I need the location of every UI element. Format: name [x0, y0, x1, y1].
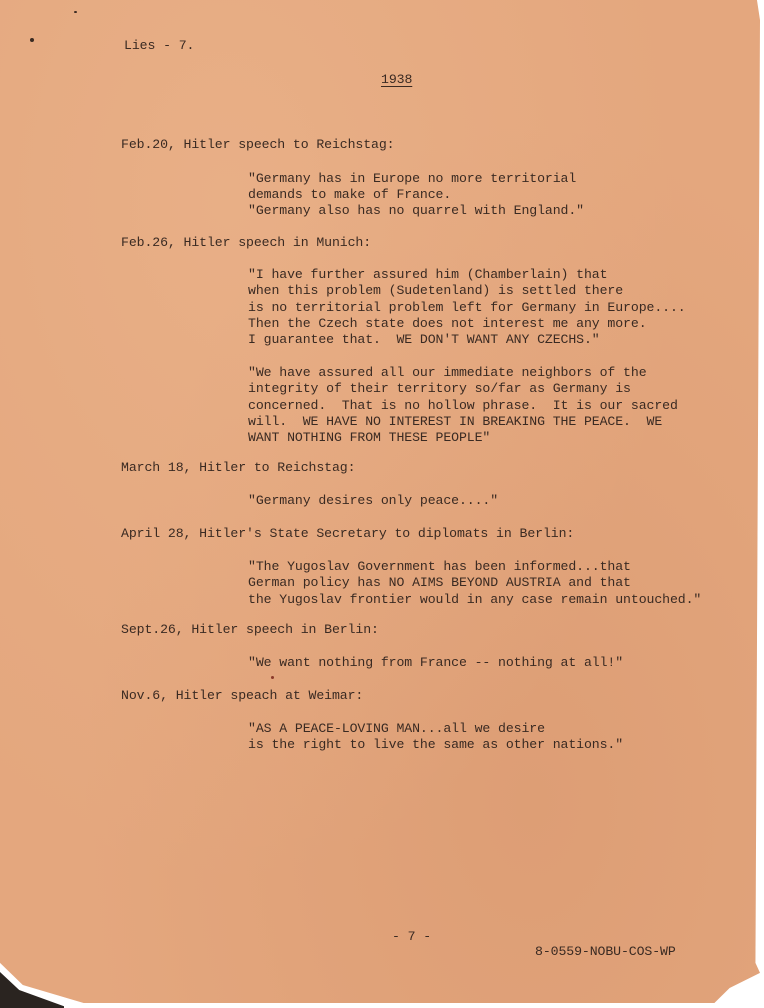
quote-line: when this problem (Sudetenland) is settl… [248, 283, 623, 299]
page-number: - 7 - [392, 929, 431, 945]
quote-line: is no territorial problem left for Germa… [248, 300, 686, 316]
quote-line: integrity of their territory so/far as G… [248, 381, 631, 397]
document-page: Lies - 7. 1938 Feb.20, Hitler speech to … [0, 0, 760, 1003]
quote-line: Then the Czech state does not interest m… [248, 316, 647, 332]
quote-line: is the right to live the same as other n… [248, 737, 623, 753]
quote-line: demands to make of France. [248, 187, 451, 203]
paper-speck [30, 38, 34, 42]
quote-line: "Germany also has no quarrel with Englan… [248, 203, 584, 219]
quote-line: "AS A PEACE-LOVING MAN...all we desire [248, 721, 545, 737]
entry-heading: March 18, Hitler to Reichstag: [121, 460, 355, 476]
section-year: 1938 [381, 72, 412, 88]
page-header: Lies - 7. [124, 38, 194, 54]
quote-line: the Yugoslav frontier would in any case … [248, 592, 701, 608]
entry-heading: April 28, Hitler's State Secretary to di… [121, 526, 574, 542]
quote-line: concerned. That is no hollow phrase. It … [248, 398, 678, 414]
document-id: 8-0559-NOBU-COS-WP [535, 944, 676, 960]
entry-heading: Nov.6, Hitler speach at Weimar: [121, 688, 363, 704]
quote-line: "Germany desires only peace...." [248, 493, 498, 509]
quote-line: German policy has NO AIMS BEYOND AUSTRIA… [248, 575, 631, 591]
entry-heading: Feb.20, Hitler speech to Reichstag: [121, 137, 394, 153]
quote-line: "The Yugoslav Government has been inform… [248, 559, 631, 575]
quote-line: "We want nothing from France -- nothing … [248, 655, 623, 671]
entry-heading: Sept.26, Hitler speech in Berlin: [121, 622, 379, 638]
quote-line: "Germany has in Europe no more territori… [248, 171, 576, 187]
paper-speck [271, 676, 274, 679]
quote-line: will. WE HAVE NO INTEREST IN BREAKING TH… [248, 414, 662, 430]
quote-line: "We have assured all our immediate neigh… [248, 365, 647, 381]
quote-line: I guarantee that. WE DON'T WANT ANY CZEC… [248, 332, 600, 348]
entry-heading: Feb.26, Hitler speech in Munich: [121, 235, 371, 251]
quote-line: WANT NOTHING FROM THESE PEOPLE" [248, 430, 490, 446]
paper-speck [74, 11, 77, 13]
quote-line: "I have further assured him (Chamberlain… [248, 267, 607, 283]
